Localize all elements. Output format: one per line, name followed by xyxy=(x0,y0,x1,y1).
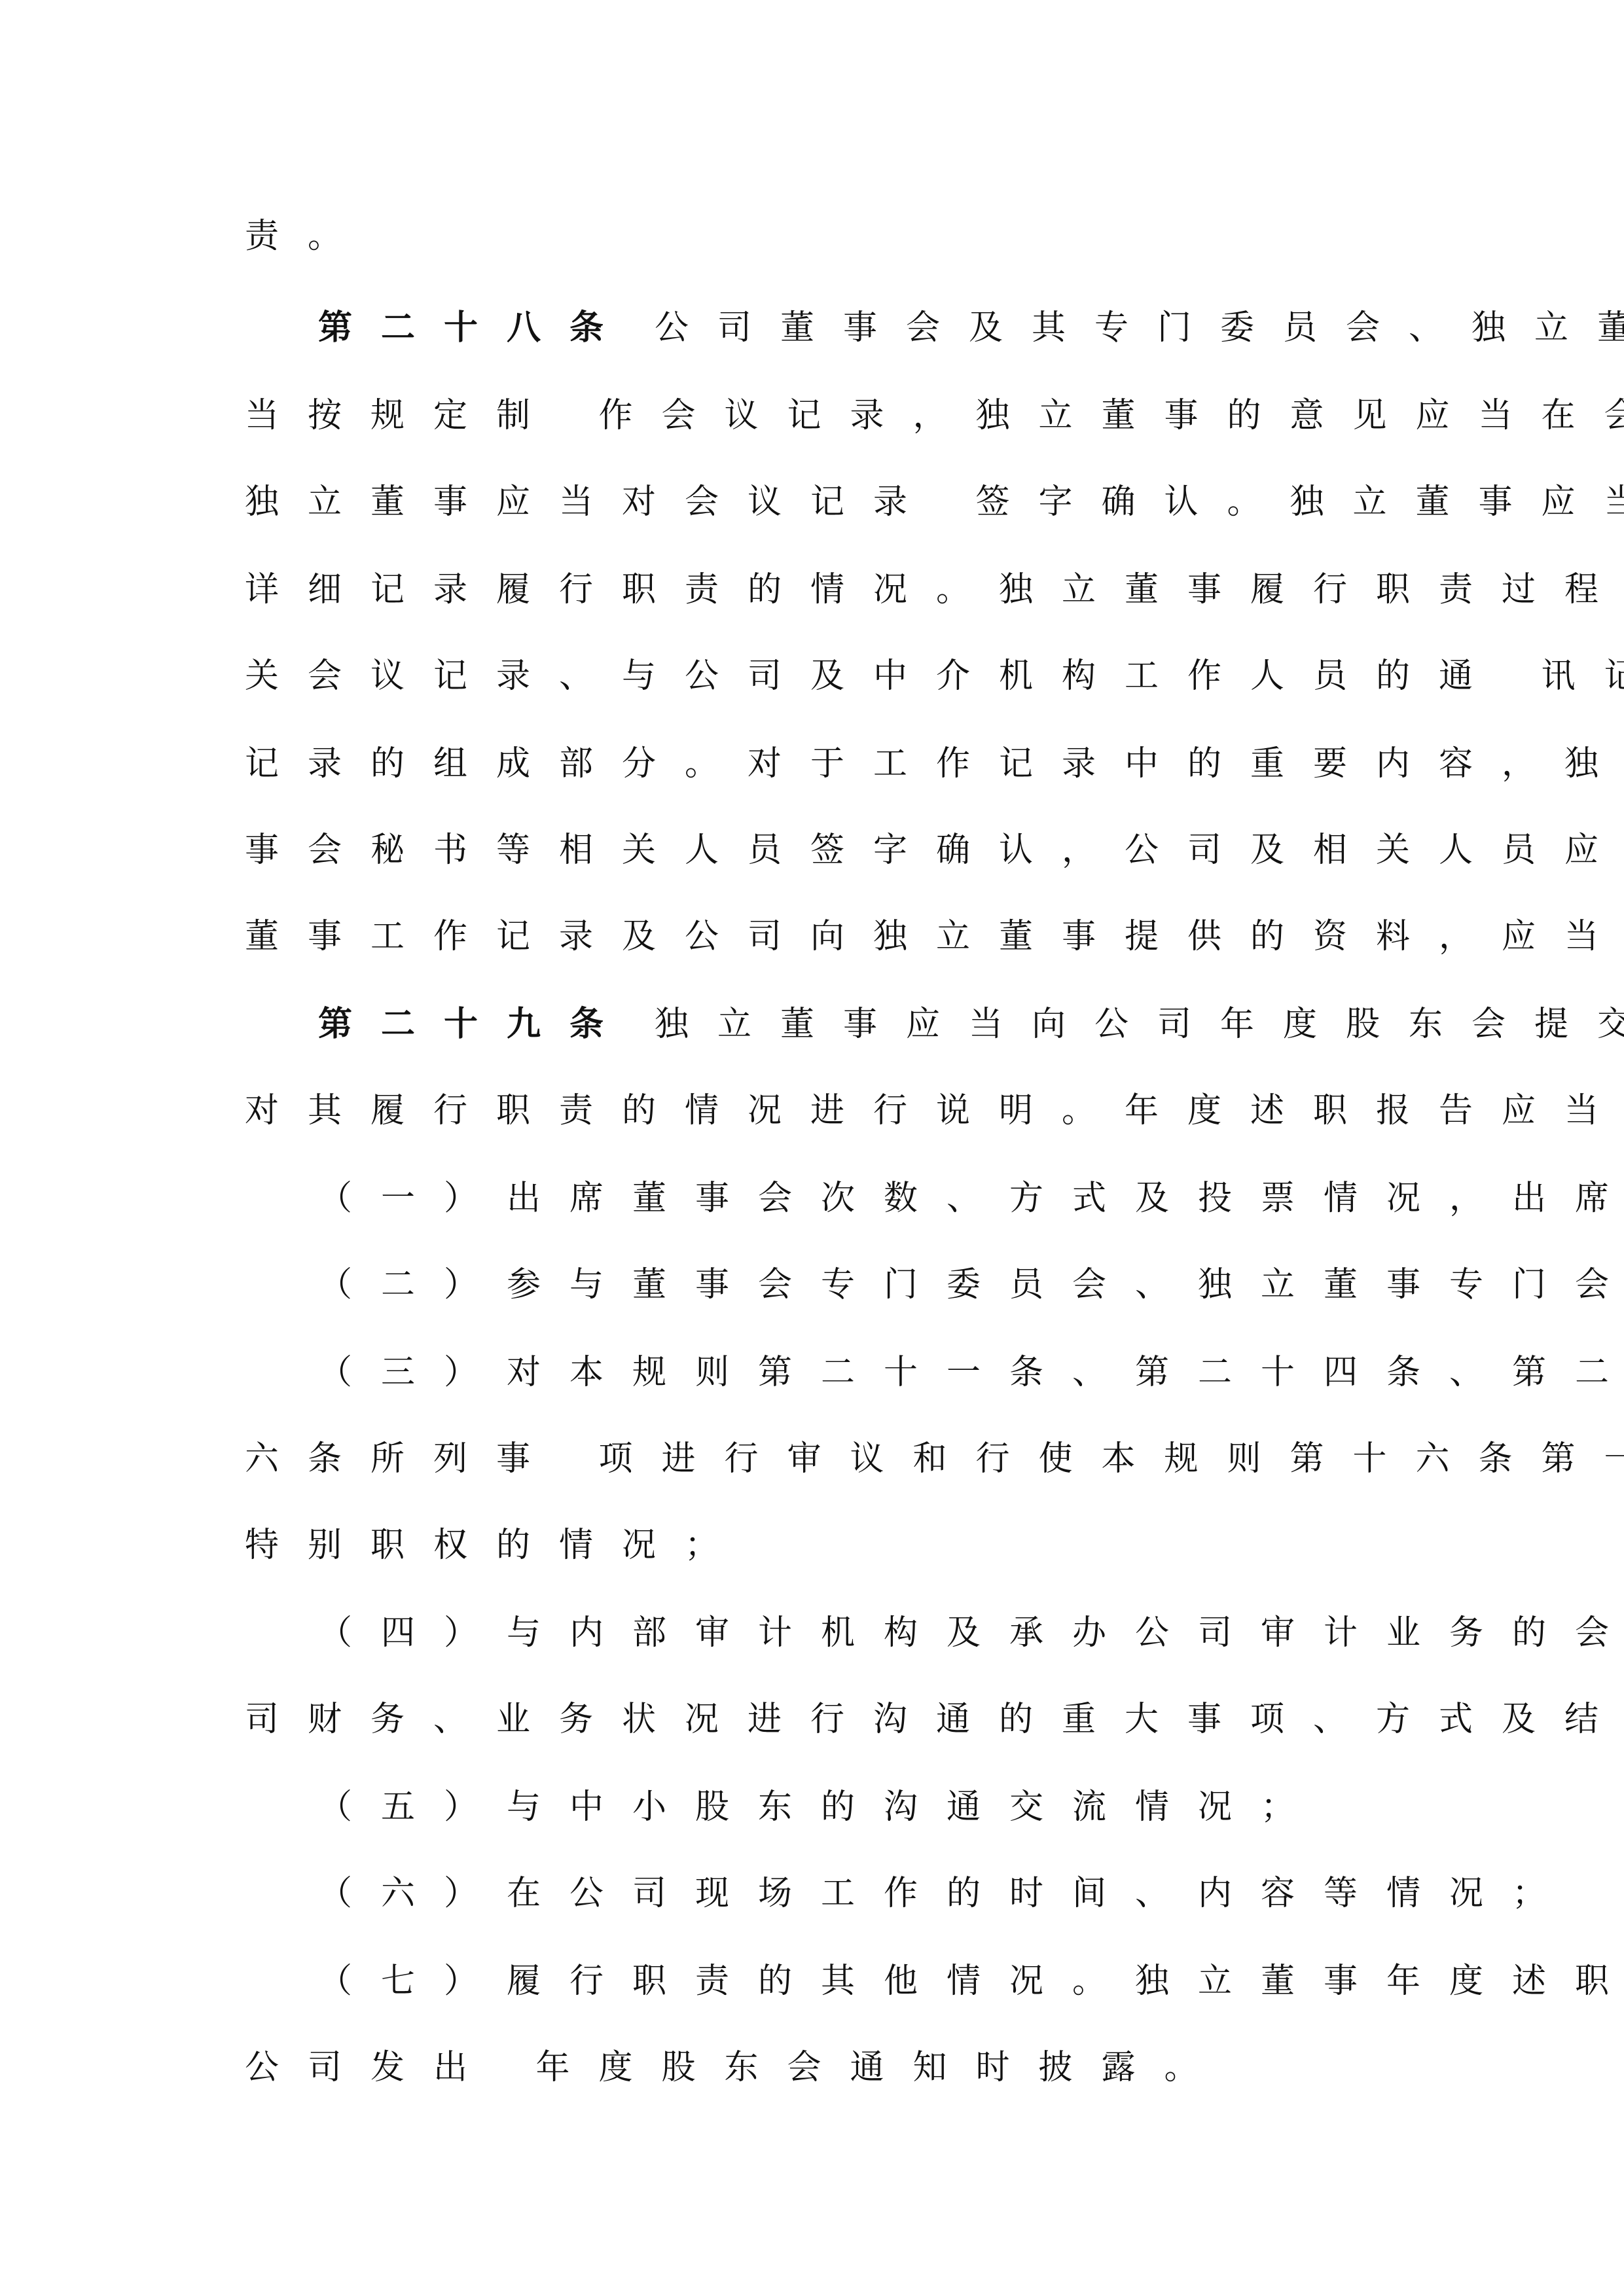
paragraph-line: 记录的组成部分。对于工作记录中的重要内容，独立董事可以要求董 xyxy=(245,741,1624,787)
line-text: 详细记录履行职责的情况。独立董事履行职责过程中获取的资料、相 xyxy=(245,570,1624,609)
paragraph-line: 当按规定制 作会议记录，独立董事的意见应当在会议记录中载明。 xyxy=(245,393,1624,439)
article-heading: 第二十九条 xyxy=(318,1004,632,1044)
line-text: （二）参与董事会专门委员会、独立董事专门会议工作情况； xyxy=(318,1265,1624,1304)
list-item-7: （七）履行职责的其他情况。独立董事年度述职报告最迟应当在 xyxy=(318,1958,1624,2004)
paragraph-line: 独立董事应当对会议记录 签字确认。独立董事应当制作工作记录， xyxy=(245,479,1624,525)
line-text: 当按规定制 作会议记录，独立董事的意见应当在会议记录中载明。 xyxy=(245,396,1624,435)
line-text: （四）与内部审计机构及承办公司审计业务的会计师事务所就公 xyxy=(318,1613,1624,1653)
line-text: 特别职权的情况； xyxy=(245,1526,748,1565)
line-text: 董事工作记录及公司向独立董事提供的资料，应当至少保存十年。 xyxy=(245,917,1624,956)
line-text: 记录的组成部分。对于工作记录中的重要内容，独立董事可以要求董 xyxy=(245,744,1624,783)
line-text: 独立董事应当对会议记录 签字确认。独立董事应当制作工作记录， xyxy=(245,482,1624,522)
paragraph-line: 对其履行职责的情况进行说明。年度述职报告应当包括下列内容： xyxy=(245,1088,1624,1134)
line-text: 司财务、业务状况进行沟通的重大事项、方式及结果等情况； xyxy=(245,1700,1624,1739)
line-text: 对其履行职责的情况进行说明。年度述职报告应当包括下列内容： xyxy=(245,1091,1624,1130)
line-text: 公司发出 年度股东会通知时披露。 xyxy=(245,2048,1227,2087)
paragraph-line: 司财务、业务状况进行沟通的重大事项、方式及结果等情况； xyxy=(245,1696,1624,1742)
line-text: （一）出席董事会次数、方式及投票情况，出席股东会次数； xyxy=(318,1179,1624,1218)
article-heading: 第二十八条 xyxy=(318,308,632,348)
article-29-heading-line: 第二十九条独立董事应当向公司年度股东会提交年度述职报告， xyxy=(318,1001,1624,1047)
line-text: 关会议记录、与公司及中介机构工作人员的通 讯记录等，构成工作 xyxy=(245,656,1624,696)
paragraph-line: 董事工作记录及公司向独立董事提供的资料，应当至少保存十年。 xyxy=(245,914,1624,960)
line-text: （六）在公司现场工作的时间、内容等情况； xyxy=(318,1874,1575,1913)
line-text: 六条所列事 项进行审议和行使本规则第十六条第一款所列独立董事 xyxy=(245,1439,1624,1479)
paragraph-line: 事会秘书等相关人员签字确认，公司及相关人员应当予以配合。独立 xyxy=(245,827,1624,873)
paragraph-line: 关会议记录、与公司及中介机构工作人员的通 讯记录等，构成工作 xyxy=(245,653,1624,699)
paragraph-line: 公司发出 年度股东会通知时披露。 xyxy=(245,2045,1227,2090)
paragraph-line: 责。 xyxy=(245,213,370,259)
line-text: 独立董事应当向公司年度股东会提交年度述职报告， xyxy=(655,1005,1624,1044)
line-text: 公司董事会及其专门委员会、独立董事专门会议应 xyxy=(655,308,1624,348)
article-28-heading-line: 第二十八条公司董事会及其专门委员会、独立董事专门会议应 xyxy=(318,305,1624,351)
paragraph-line: 六条所列事 项进行审议和行使本规则第十六条第一款所列独立董事 xyxy=(245,1436,1624,1482)
paragraph-line: 详细记录履行职责的情况。独立董事履行职责过程中获取的资料、相 xyxy=(245,567,1624,613)
line-text: 事会秘书等相关人员签字确认，公司及相关人员应当予以配合。独立 xyxy=(245,831,1624,870)
list-item-4: （四）与内部审计机构及承办公司审计业务的会计师事务所就公 xyxy=(318,1610,1624,1656)
list-item-1: （一）出席董事会次数、方式及投票情况，出席股东会次数； xyxy=(318,1175,1624,1221)
list-item-3: （三）对本规则第二十一条、第二十四条、第二十五条、第二十 xyxy=(318,1350,1624,1395)
paragraph-line: 特别职权的情况； xyxy=(245,1522,748,1568)
list-item-2: （二）参与董事会专门委员会、独立董事专门会议工作情况； xyxy=(318,1262,1624,1308)
list-item-5: （五）与中小股东的沟通交流情况； xyxy=(318,1784,1324,1830)
line-text: 责。 xyxy=(245,217,370,256)
line-text: （三）对本规则第二十一条、第二十四条、第二十五条、第二十 xyxy=(318,1353,1624,1392)
line-text: （五）与中小股东的沟通交流情况； xyxy=(318,1787,1324,1827)
line-text: （七）履行职责的其他情况。独立董事年度述职报告最迟应当在 xyxy=(318,1962,1624,2001)
list-item-6: （六）在公司现场工作的时间、内容等情况； xyxy=(318,1871,1575,1916)
